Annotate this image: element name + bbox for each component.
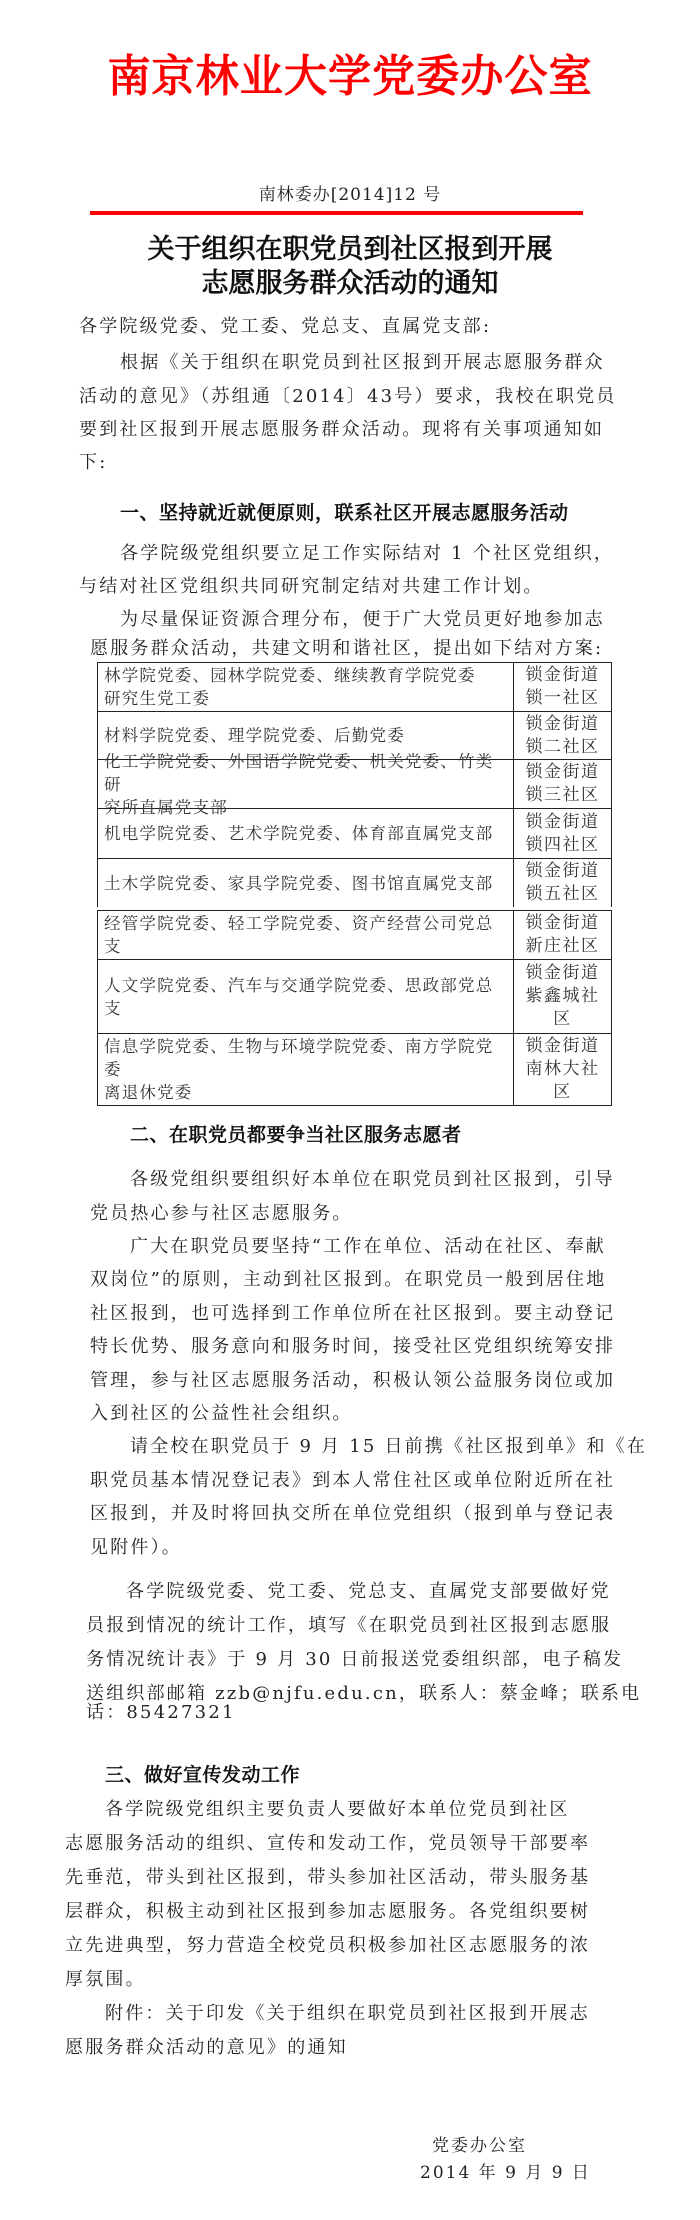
intro-line: 要到社区报到开展志愿服务群众活动。现将有关事项通知如 <box>79 418 604 442</box>
section-2-line: 党员热心参与社区志愿服务。 <box>90 1202 353 1226</box>
section-2-line: 入到社区的公益性社会组织。 <box>90 1402 353 1426</box>
document-number: 南林委办[2014]12 号 <box>0 184 700 206</box>
community-cell: 锁金街道 锁四社区 <box>514 809 611 858</box>
community-text: 紫鑫城社 <box>516 985 609 1008</box>
units-text: 土木学院党委、家具学院党委、图书馆直属党支部 <box>104 872 507 895</box>
contact-phone-line: 话：85427321 <box>86 1701 236 1725</box>
section-2-line: 管理，参与社区志愿服务活动，积极认领公益服务岗位或加 <box>90 1369 615 1393</box>
units-text: 研究生党工委 <box>104 687 507 710</box>
signature-office: 党委办公室 <box>432 2134 527 2158</box>
community-text: 锁金街道 <box>516 713 609 736</box>
section-2-line: 见附件）。 <box>90 1536 182 1560</box>
section-2-line: 双岗位”的原则，主动到社区报到。在职党员一般到居住地 <box>90 1268 606 1292</box>
section-2-heading: 二、在职党员都要争当社区服务志愿者 <box>130 1122 462 1148</box>
community-text: 南林大社 <box>516 1058 609 1081</box>
units-cell: 经管学院党委、轻工学院党委、资产经营公司党总支 <box>98 911 514 959</box>
community-cell: 锁金街道 新庄社区 <box>514 911 611 959</box>
section-2-line: 务情况统计表》于 9 月 30 日前报送党委组织部，电子稿发 <box>86 1648 623 1672</box>
community-cell: 锁金街道 南林大社 区 <box>514 1034 611 1105</box>
units-text: 化工学院党委、外国语学院党委、机关党委、竹类研 <box>104 750 507 796</box>
section-3-line: 各学院级党组织主要负责人要做好本单位党员到社区 <box>105 1798 570 1822</box>
units-cell: 机电学院党委、艺术学院党委、体育部直属党支部 <box>98 809 514 858</box>
section-3-line: 层群众，积极主动到社区报到参加志愿服务。各党组织要树 <box>65 1900 590 1924</box>
units-cell: 林学院党委、园林学院党委、继续教育学院党委 研究生党工委 <box>98 663 514 711</box>
table-row: 信息学院党委、生物与环境学院党委、南方学院党委 离退休党委 锁金街道 南林大社 … <box>98 1034 611 1106</box>
community-text: 锁金街道 <box>516 811 609 834</box>
community-text: 锁二社区 <box>516 736 609 759</box>
units-cell: 土木学院党委、家具学院党委、图书馆直属党支部 <box>98 859 514 907</box>
section-2-line: 各级党组织要组织好本单位在职党员到社区报到，引导 <box>130 1168 615 1192</box>
units-text: 人文学院党委、汽车与交通学院党委、思政部党总支 <box>104 974 507 1020</box>
pairing-table-continued: 经管学院党委、轻工学院党委、资产经营公司党总支 锁金街道 新庄社区 人文学院党委… <box>97 910 612 1106</box>
community-text: 锁四社区 <box>516 834 609 857</box>
units-text: 林学院党委、园林学院党委、继续教育学院党委 <box>104 664 507 687</box>
pairing-table: 林学院党委、园林学院党委、继续教育学院党委 研究生党工委 锁金街道 锁一社区 材… <box>97 662 612 907</box>
table-row: 林学院党委、园林学院党委、继续教育学院党委 研究生党工委 锁金街道 锁一社区 <box>98 663 611 712</box>
intro-line: 下: <box>79 451 107 475</box>
section-1-line: 为尽量保证资源合理分布，便于广大党员更好地参加志 <box>120 608 605 632</box>
section-2-line: 请全校在职党员于 9 月 15 日前携《社区报到单》和《在 <box>130 1435 647 1459</box>
table-row: 土木学院党委、家具学院党委、图书馆直属党支部 锁金街道 锁五社区 <box>98 859 611 907</box>
section-2-line: 各学院级党委、党工委、党总支、直属党支部要做好党 <box>126 1580 611 1604</box>
section-2-line: 特长优势、服务意向和服务时间，接受社区党组织统筹安排 <box>90 1335 615 1359</box>
community-text: 锁金街道 <box>516 912 609 935</box>
units-text: 经管学院党委、轻工学院党委、资产经营公司党总支 <box>104 912 507 958</box>
table-row: 机电学院党委、艺术学院党委、体育部直属党支部 锁金街道 锁四社区 <box>98 809 611 859</box>
section-2-line: 社区报到，也可选择到工作单位所在社区报到。要主动登记 <box>90 1302 615 1326</box>
table-row: 化工学院党委、外国语学院党委、机关党委、竹类研 究所直属党支部 锁金街道 锁三社… <box>98 760 611 809</box>
intro-line: 根据《关于组织在职党员到社区报到开展志愿服务群众 <box>120 351 605 375</box>
section-1-line: 与结对社区党组织共同研究制定结对共建工作计划。 <box>79 575 544 599</box>
community-text: 锁金街道 <box>516 1035 609 1058</box>
community-text: 锁金街道 <box>516 761 609 784</box>
signature-date: 2014 年 9 月 9 日 <box>420 2161 591 2185</box>
community-cell: 锁金街道 锁一社区 <box>514 663 611 711</box>
notice-title-line-1: 关于组织在职党员到社区报到开展 <box>0 233 700 266</box>
community-cell: 锁金街道 紫鑫城社 区 <box>514 960 611 1033</box>
community-text: 新庄社区 <box>516 935 609 958</box>
table-row: 经管学院党委、轻工学院党委、资产经营公司党总支 锁金街道 新庄社区 <box>98 911 611 960</box>
units-cell: 化工学院党委、外国语学院党委、机关党委、竹类研 究所直属党支部 <box>98 760 514 808</box>
section-3-line: 厚氛围。 <box>65 1968 146 1992</box>
community-text: 区 <box>516 1008 609 1031</box>
notice-title-line-2: 志愿服务群众活动的通知 <box>0 267 700 300</box>
section-1-line: 愿服务群众活动，共建文明和谐社区，提出如下结对方案: <box>90 637 603 661</box>
community-text: 锁三社区 <box>516 784 609 807</box>
organization-title: 南京林业大学党委办公室 <box>7 50 693 104</box>
units-text: 材料学院党委、理学院党委、后勤党委 <box>104 724 507 747</box>
units-cell: 人文学院党委、汽车与交通学院党委、思政部党总支 <box>98 960 514 1033</box>
section-2-line: 广大在职党员要坚持“工作在单位、活动在社区、奉献 <box>130 1235 606 1259</box>
community-text: 区 <box>516 1081 609 1104</box>
units-cell: 信息学院党委、生物与环境学院党委、南方学院党委 离退休党委 <box>98 1034 514 1105</box>
community-cell: 锁金街道 锁五社区 <box>514 859 611 907</box>
section-1-heading: 一、坚持就近就便原则，联系社区开展志愿服务活动 <box>120 500 569 526</box>
community-text: 锁金街道 <box>516 664 609 687</box>
community-text: 锁五社区 <box>516 883 609 906</box>
intro-line: 活动的意见》（苏组通〔2014〕43号）要求，我校在职党员 <box>79 385 617 409</box>
red-divider-rule <box>90 211 583 215</box>
section-1-line: 各学院级党组织要立足工作实际结对 1 个社区党组织， <box>120 542 614 566</box>
community-text: 锁一社区 <box>516 687 609 710</box>
section-3-line: 立先进典型，努力营造全校党员积极参加社区志愿服务的浓 <box>65 1934 590 1958</box>
attachment-line: 附件：关于印发《关于组织在职党员到社区报到开展志 <box>105 2002 590 2026</box>
community-cell: 锁金街道 锁二社区 <box>514 712 611 759</box>
salutation: 各学院级党委、党工委、党总支、直属党支部: <box>79 315 491 339</box>
community-cell: 锁金街道 锁三社区 <box>514 760 611 808</box>
section-3-heading: 三、做好宣传发动工作 <box>105 1762 300 1788</box>
section-2-line: 职党员基本情况登记表》到本人常住社区或单位附近所在社 <box>90 1469 615 1493</box>
attachment-line: 愿服务群众活动的意见》的通知 <box>65 2036 348 2060</box>
section-2-line: 区报到，并及时将回执交所在单位党组织（报到单与登记表 <box>90 1502 615 1526</box>
units-text: 离退休党委 <box>104 1081 507 1104</box>
units-text: 信息学院党委、生物与环境学院党委、南方学院党委 <box>104 1035 507 1081</box>
section-3-line: 先垂范，带头到社区报到，带头参加社区活动，带头服务基 <box>65 1866 590 1890</box>
table-row: 人文学院党委、汽车与交通学院党委、思政部党总支 锁金街道 紫鑫城社 区 <box>98 960 611 1034</box>
community-text: 锁金街道 <box>516 962 609 985</box>
section-2-line: 员报到情况的统计工作，填写《在职党员到社区报到志愿服 <box>86 1614 611 1638</box>
community-text: 锁金街道 <box>516 860 609 883</box>
units-text: 机电学院党委、艺术学院党委、体育部直属党支部 <box>104 822 507 845</box>
section-3-line: 志愿服务活动的组织、宣传和发动工作，党员领导干部要率 <box>65 1832 590 1856</box>
